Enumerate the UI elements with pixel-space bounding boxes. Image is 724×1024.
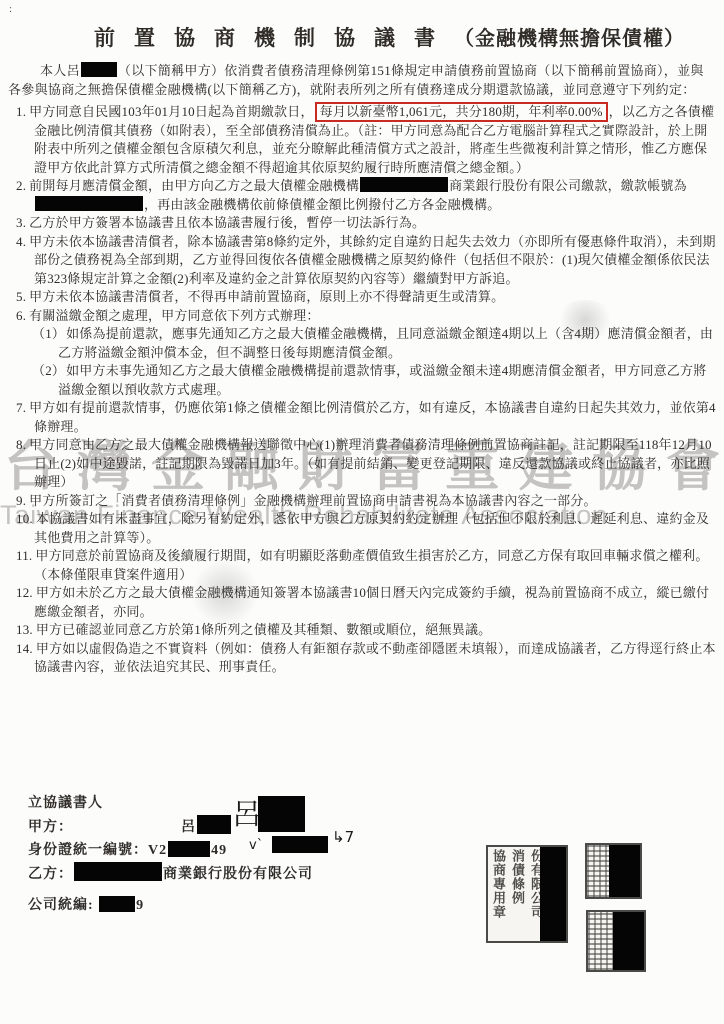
personal-seal-2 (586, 910, 646, 972)
clause-text: 甲方如有提前還款情事，仍應依第1條之債權金額比例清償於乙方，如有違反，本協議書自… (29, 400, 716, 434)
redaction-box (613, 912, 644, 970)
clause: 12.甲方如未於乙方之最大債權金融機構通知簽署本協議書10個日曆天內完成簽約手續… (8, 584, 718, 621)
redaction-box (168, 841, 210, 857)
seal-text-column: 消債條例 (510, 849, 525, 939)
id-suffix: 49 (211, 843, 227, 858)
clause-number: 9. (16, 493, 26, 508)
redaction-box (197, 815, 231, 834)
redaction-box (81, 62, 117, 77)
redaction-box (609, 845, 640, 897)
clause: 11.甲方同意於前置協商及後續履行期間，如有明顯貶落動產價值致生損害於乙方，同意… (8, 547, 718, 584)
redaction-box (540, 847, 566, 941)
clause-text: 甲方同意自民國103年01月10日起為首期繳款日， (29, 104, 314, 119)
clause-text: 甲方如以虛假偽造之不實資料（例如：債務人有鉅額存款或不動產卻隱匿未填報），而達成… (34, 641, 716, 675)
party-b-name: 商業銀行股份有限公司 (163, 867, 313, 882)
clause: 5.甲方未依本協議書清償者，不得再申請前置協商，原則上亦不得聲請更生或清算。 (8, 288, 718, 307)
clause: 10.本協議書如有未盡事宜，除另有約定外，悉依甲方與乙方原契約約定辦理（包括但不… (8, 510, 718, 547)
sub-clause-text: 如甲方未事先通知乙方之最大債權金融機構提前還款情事，或溢繳金額未達4期應清償金額… (58, 363, 706, 397)
clause: 9.甲方所簽訂之「消費者債務清理條例」金融機構辦理前置協商申請書視為本協議書內容… (8, 492, 718, 511)
clause-number: 8. (16, 437, 26, 452)
redaction-box (360, 177, 448, 192)
clause: 7.甲方如有提前還款情事，仍應依第1條之債權金額比例清償於乙方，如有違反，本協議… (8, 399, 718, 436)
clause-number: 14. (16, 641, 33, 656)
redaction-box (35, 196, 143, 211)
clause-text: 乙方於甲方簽署本協議書且依本協議書履行後，暫停一切法訴行為。 (29, 215, 425, 230)
handwritten-surname: 呂 (232, 792, 261, 833)
clause-number: 10. (16, 511, 33, 526)
clause-text: 甲方同意於前置協商及後續履行期間，如有明顯貶落動產價值致生損害於乙方，同意乙方保… (34, 548, 709, 582)
id-row: 身份證統一編號：V249 (28, 839, 313, 862)
redaction-box (99, 896, 135, 912)
sub-clause-number: （2） (32, 363, 65, 378)
clause-text: 甲方已確認並同意乙方於第1條所列之債權及其種類、數額或順位，絕無異議。 (36, 622, 492, 637)
clause-number: 13. (16, 622, 33, 637)
party-a-name: 呂 (181, 820, 196, 835)
party-b-row: 乙方：商業銀行股份有限公司 (28, 862, 313, 886)
document-body: 前置協商機制協議書（金融機構無擔保債權） 本人呂（以下簡稱甲方）依消費者債務清理… (0, 0, 724, 677)
sub-clause-number: （1） (32, 326, 65, 341)
clause: 8.甲方同意由乙方之最大債權金融機構報送聯徵中心(1)辦理消費者債務清理條例前置… (8, 436, 718, 492)
seal-imprint (588, 912, 613, 970)
redaction-box (258, 796, 305, 832)
title-main: 前置協商機制協議書 (94, 26, 454, 50)
seal-text-column: 協商專用章 (491, 849, 506, 939)
clause-number: 4. (16, 234, 26, 249)
party-b-label: 乙方： (28, 867, 73, 882)
clause-text: 前開每月應清償金額，由甲方向乙方之最大債權金融機構 (29, 178, 359, 193)
clause: 4.甲方未依本協議書清償者，除本協議書第8條約定外，其餘約定自違約日起失去效力（… (8, 233, 718, 289)
document-title: 前置協商機制協議書（金融機構無擔保債權） (94, 22, 718, 52)
seal-imprint (587, 845, 611, 897)
redaction-box (74, 862, 162, 881)
clause-text: 甲方同意由乙方之最大債權金融機構報送聯徵中心(1)辦理消費者債務清理條例前置協商… (29, 437, 712, 489)
clause: 14.甲方如以虛假偽造之不實資料（例如：債務人有鉅額存款或不動產卻隱匿未填報），… (8, 640, 718, 677)
clause: 2.前開每月應清償金額，由甲方向乙方之最大債權金融機構商業銀行股份有限公司繳款，… (8, 177, 718, 214)
clause: 1.甲方同意自民國103年01月10日起為首期繳款日，每月以新臺幣1,061元，… (8, 103, 718, 177)
id-label: 身份證統一編號： (28, 843, 148, 858)
clause-text: 商業銀行股份有限公司繳款，繳款帳號為 (449, 178, 687, 193)
clause-list: 1.甲方同意自民國103年01月10日起為首期繳款日，每月以新臺幣1,061元，… (8, 103, 718, 677)
clause-text: 本人呂 (40, 63, 80, 78)
title-suffix: （金融機構無擔保債權） (454, 28, 685, 50)
redaction-box (272, 836, 328, 853)
key-terms-highlight: 每月以新臺幣1,061元，共分180期，年利率0.00% (315, 102, 608, 122)
clause-number: 2. (16, 178, 26, 193)
company-id-label: 公司統編: (28, 898, 94, 913)
company-id-row: 公司統編: 9 (28, 894, 313, 917)
sub-clause: （1）如係為提前還款，應事先通知乙方之最大債權金融機構，且同意溢繳金額達4期以上… (8, 325, 718, 362)
sub-clause: （2）如甲方未事先通知乙方之最大債權金融機構提前還款情事，或溢繳金額未達4期應清… (8, 362, 718, 399)
clause-number: 5. (16, 289, 26, 304)
scanned-agreement-page: : 台灣金融財富重建協會 Taiwan Finance Wealth Rehab… (0, 0, 724, 1024)
company-seal-large: 業銀行股份有限公司消債條例協商專用章 (486, 845, 568, 943)
clause: 3.乙方於甲方簽署本協議書且依本協議書履行後，暫停一切法訴行為。 (8, 214, 718, 233)
clause-text: 本協議書如有未盡事宜，除另有約定外，悉依甲方與乙方原契約約定辦理（包括但不限於利… (34, 511, 709, 545)
clause: 6.有關溢繳金額之處理，甲方同意依下列方式辦理： (8, 307, 718, 326)
clause-text: ，再由該金融機構依前條債權金額比例撥付乙方各金融機構。 (144, 197, 500, 212)
id-prefix: V2 (148, 843, 167, 858)
clause-text: 甲方如未於乙方之最大債權金融機構通知簽署本協議書10個日曆天內完成簽約手續，視為… (34, 585, 709, 619)
clause-number: 7. (16, 400, 26, 415)
party-a-label: 甲方： (28, 820, 73, 835)
handwritten-mark: vˋ (249, 838, 263, 853)
clause-number: 11. (16, 548, 32, 563)
clause-number: 1. (16, 104, 26, 119)
clause-text: 甲方未依本協議書清償者，不得再申請前置協商，原則上亦不得聲請更生或清算。 (29, 289, 504, 304)
clause-text: 甲方未依本協議書清償者，除本協議書第8條約定外，其餘約定自違約日起失去效力（亦即… (29, 234, 716, 286)
handwritten-mark: ↳7 (332, 828, 354, 846)
intro-paragraph: 本人呂（以下簡稱甲方）依消費者債務清理條例第151條規定申請債務前置協商（以下簡… (8, 62, 716, 99)
clause-number: 12. (16, 585, 33, 600)
clause: 13.甲方已確認並同意乙方於第1條所列之債權及其種類、數額或順位，絕無異議。 (8, 621, 718, 640)
clause-number: 3. (16, 215, 26, 230)
clause-text: 甲方所簽訂之「消費者債務清理條例」金融機構辦理前置協商申請書視為本協議書內容之一… (29, 493, 597, 508)
clause-text: 有關溢繳金額之處理，甲方同意依下列方式辦理： (29, 308, 319, 323)
sub-clause-text: 如係為提前還款，應事先通知乙方之最大債權金融機構，且同意溢繳金額達4期以上（含4… (58, 326, 713, 360)
clause-number: 6. (16, 308, 26, 323)
personal-seal-1 (585, 843, 642, 899)
company-id-suffix: 9 (136, 898, 144, 913)
